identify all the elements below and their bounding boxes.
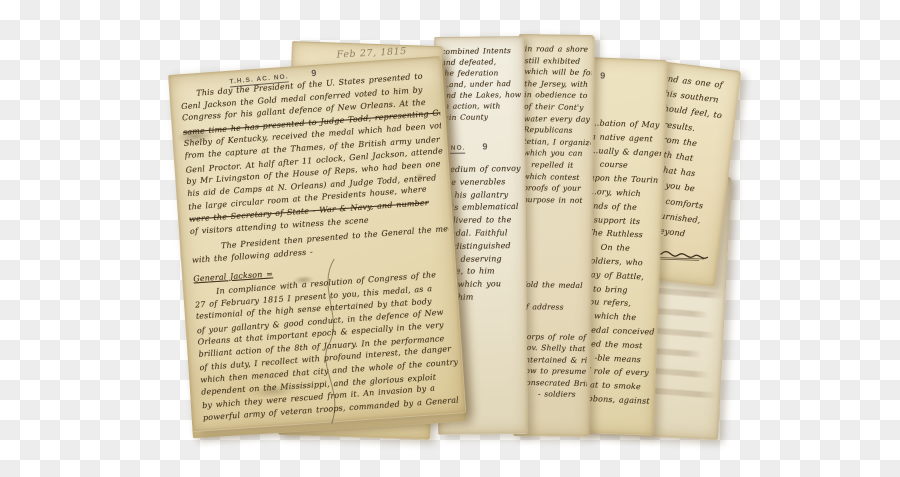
handwriting-line: of their Cont'y	[524, 101, 591, 114]
handwriting-line: how to presume	[520, 365, 587, 378]
handwriting-line: proofs of your	[523, 182, 590, 194]
handwriting-line: and the Lakes, how	[442, 89, 522, 101]
handwriting-line: delivered to the	[443, 214, 523, 228]
handwriting-line: of address	[521, 301, 588, 313]
handwriting-line: the Jersey, with	[524, 78, 591, 90]
handwriting-block: This day the President of the U. States …	[180, 70, 461, 428]
handwriting-line: medium of convoy	[442, 163, 522, 177]
manuscript-page-main: T.H.S. AC. NO. 9 This day the President …	[168, 56, 466, 432]
handwriting-line: which you can	[523, 148, 590, 160]
handwriting-line: lain County	[442, 111, 522, 123]
handwriting-block: combined Intentsand defeated,the federat…	[441, 45, 522, 126]
handwriting-line: - soldiers	[538, 389, 587, 401]
handwriting-line: ribbons, against	[581, 392, 653, 409]
handwriting-line: Told the medal	[521, 279, 588, 292]
stamp-number: 9	[311, 68, 317, 78]
handwriting-line: the venerables	[442, 176, 522, 190]
handwriting-line: in road a shore	[525, 43, 592, 55]
accession-number-stamp: 9	[600, 70, 605, 80]
handwriting-line: which will be found	[524, 66, 591, 79]
handwriting-line: Republicans	[524, 124, 591, 137]
handwriting-line: Gov. Shelly that	[521, 342, 588, 355]
handwriting-line: this emblematical	[443, 201, 523, 215]
handwriting-line: in action, with	[442, 100, 522, 111]
stamp-number: 9	[482, 141, 487, 151]
handwriting-line: entertained & ribbons,	[520, 354, 587, 366]
manuscript-stack-on-transparency: and as one ofthis southernshould feel, t…	[0, 0, 900, 477]
handwriting-line: him	[458, 291, 524, 304]
handwriting-line: the federation	[441, 67, 521, 78]
handwriting-line: ...ed the most	[583, 337, 654, 354]
handwriting-block: in road a shorestill exhibitedwhich will…	[519, 43, 591, 432]
handwriting-line: and defeated,	[441, 56, 521, 68]
stamp-number: 9	[600, 70, 605, 80]
handwriting-line: water every day	[524, 113, 591, 125]
handwriting-line: repelled it	[531, 159, 590, 171]
handwriting-line: purpose in not	[523, 194, 590, 207]
